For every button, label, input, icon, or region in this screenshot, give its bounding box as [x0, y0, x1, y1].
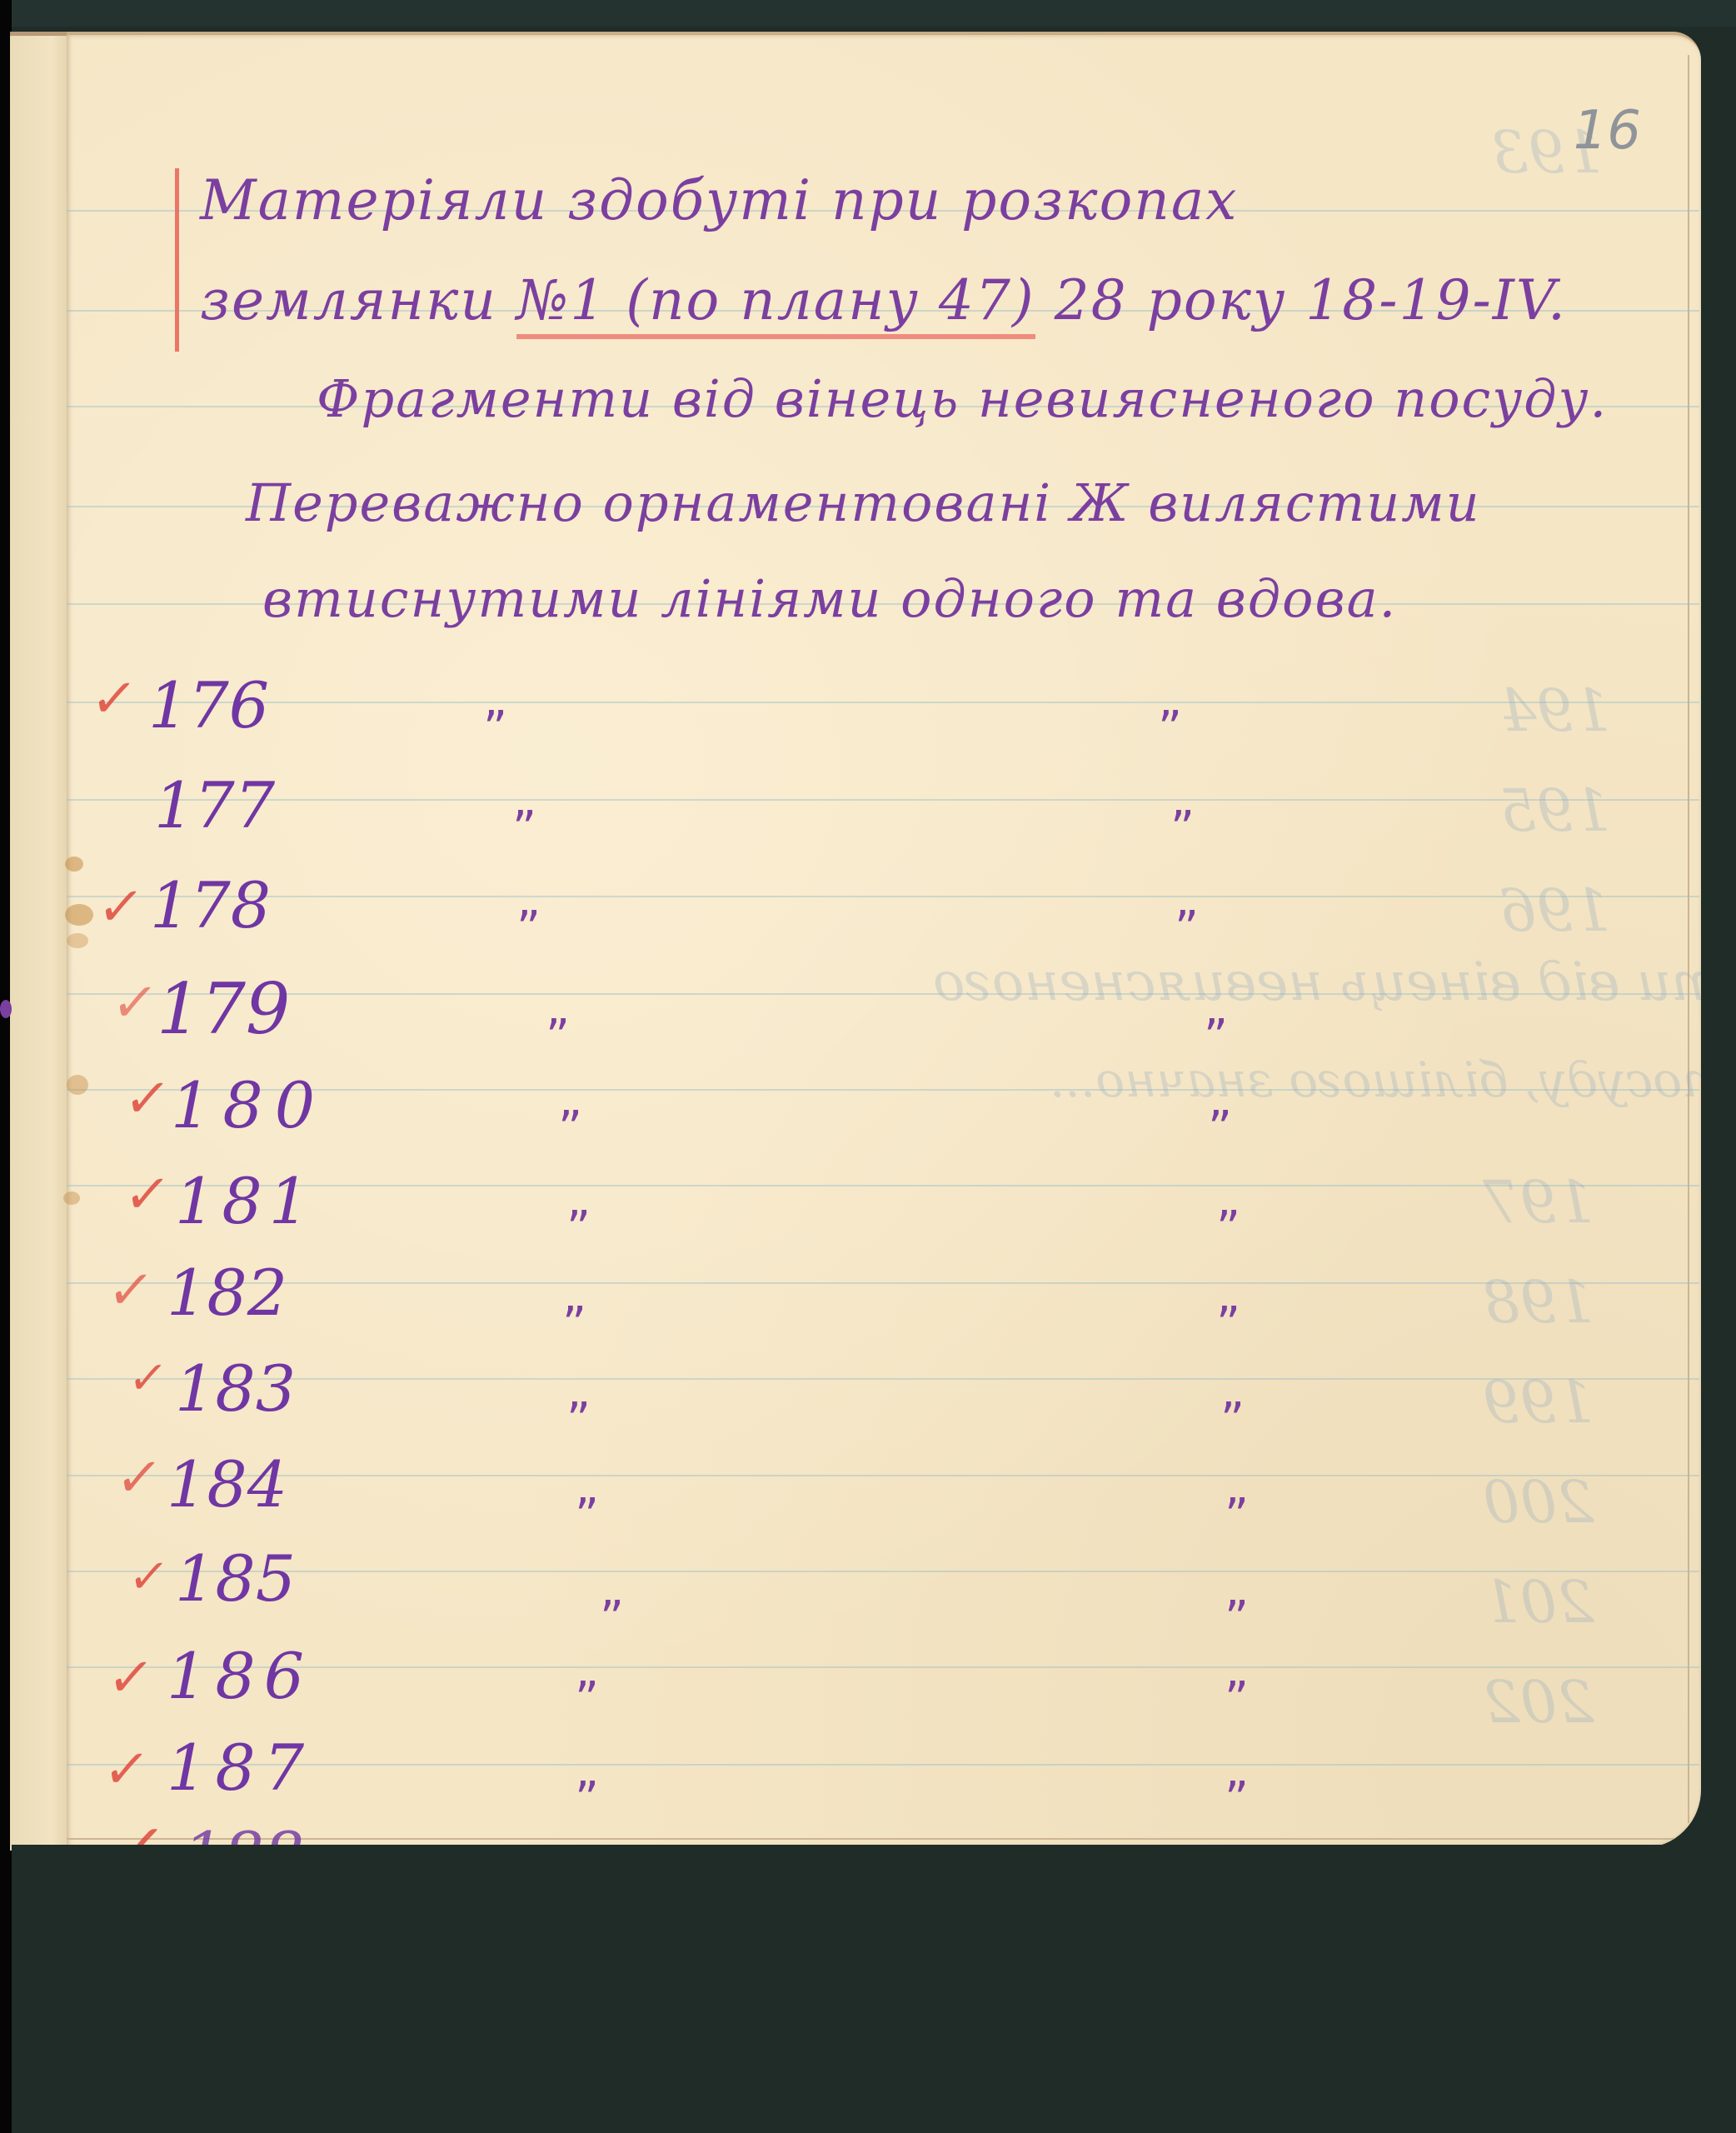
entry-number: 176: [148, 668, 269, 742]
entry-number: 185: [175, 1541, 296, 1616]
list-item: ✓ 186 ” ”: [67, 1639, 1649, 1731]
list-item: ✓ 176 ” ”: [67, 668, 1649, 760]
ditto-mark: ”: [1204, 1010, 1228, 1064]
paper-stain: [65, 857, 83, 872]
list-item: ✓ 179 ” ”: [67, 968, 1649, 1060]
red-check-icon: ✓: [94, 877, 147, 938]
entry-number: 177: [154, 768, 275, 842]
red-check-icon: ✓: [126, 1351, 171, 1404]
list-item: ✓ 188 ” ”: [67, 1818, 1649, 1848]
page-edge-line: [1688, 55, 1689, 1823]
entry-number: 186: [167, 1639, 312, 1713]
red-check-icon: ✓: [121, 1164, 174, 1226]
entry-number: 179: [157, 968, 290, 1050]
red-check-icon: ✓: [104, 1647, 157, 1709]
ditto-mark: ”: [562, 1297, 586, 1351]
list-item: ✓ 182 ” ”: [67, 1256, 1649, 1347]
description-line-2: Переважно орнаментовані Ж вилястими: [246, 472, 1481, 533]
ditto-mark: ”: [1158, 702, 1182, 756]
ditto-mark: ”: [1216, 1297, 1240, 1351]
list-item: ✓ 180 ” ”: [67, 1068, 1649, 1160]
entry-number: 188: [183, 1818, 304, 1848]
ditto-mark: ”: [558, 1101, 582, 1156]
red-check-icon: ✓: [125, 1550, 172, 1604]
ditto-mark: ”: [566, 1393, 591, 1447]
entry-number: 182: [167, 1256, 287, 1330]
ditto-mark: ”: [512, 802, 536, 856]
heading-line-2: землянки №1 (по плану 47) 28 року 18-19-…: [200, 268, 1567, 332]
ditto-mark: ”: [575, 1489, 599, 1543]
entry-number: 180: [171, 1068, 327, 1142]
ditto-mark: ”: [575, 1672, 599, 1726]
description-line-3: втиснутими лініями одного та вдова.: [262, 568, 1397, 629]
red-margin-mark: [175, 168, 179, 352]
entry-number: 183: [175, 1351, 296, 1426]
list-item: ✓ 185 ” ”: [67, 1541, 1649, 1633]
ditto-mark: ”: [1225, 1672, 1249, 1726]
entry-number: 178: [150, 868, 271, 942]
entry-number: 181: [175, 1164, 316, 1238]
ditto-mark: ”: [1175, 902, 1199, 956]
list-item: ✓ 187 ” ”: [67, 1731, 1649, 1822]
ditto-mark: ”: [1208, 1101, 1232, 1156]
ink-mark: [0, 1000, 12, 1018]
list-item: ✓ 183 ” ”: [67, 1351, 1649, 1443]
entry-number: 187: [167, 1731, 312, 1805]
list-item: 177 ” ”: [67, 768, 1649, 860]
red-check-icon: ✓: [104, 1260, 157, 1321]
red-check-icon: ✓: [112, 1447, 166, 1509]
heading-line-1: Матеріяли здобуті при розкопах: [200, 168, 1238, 232]
red-check-icon: ✓: [87, 668, 141, 730]
ditto-mark: ”: [1225, 1489, 1249, 1543]
red-check-icon: ✓: [107, 1810, 171, 1848]
heading-line-2-suffix: 28 року 18-19-IV.: [1035, 268, 1567, 332]
list-item: ✓ 184 ” ”: [67, 1447, 1649, 1539]
red-check-icon: ✓: [108, 972, 162, 1034]
ditto-mark: ”: [483, 702, 507, 756]
ditto-mark: ”: [1170, 802, 1195, 856]
paper-stain: [67, 1075, 88, 1095]
paper-stain: [65, 904, 93, 926]
page-number: 16: [1574, 100, 1641, 162]
notebook-cover-bottom: [12, 1845, 1736, 2133]
red-check-icon: ✓: [100, 1739, 153, 1801]
heading-underlined-plan-ref: №1 (по плану 47): [516, 268, 1035, 339]
ditto-mark: ”: [1225, 1591, 1249, 1646]
description-line-1: Фрагменти від вінець невиясненого посуду…: [317, 368, 1608, 429]
ditto-mark: ”: [1216, 1201, 1240, 1256]
notebook-cover-top: [12, 0, 1736, 27]
list-item: ✓ 181 ” ”: [67, 1164, 1649, 1256]
ditto-mark: ”: [516, 902, 541, 956]
entry-number: 184: [167, 1447, 287, 1521]
previous-page-strip: [10, 32, 70, 1851]
red-check-icon: ✓: [121, 1068, 174, 1130]
ditto-mark: ”: [1220, 1393, 1245, 1447]
list-item: ✓ 178 ” ”: [67, 868, 1649, 960]
notebook-page: Фрагменти від вінець невиясненого посуду…: [67, 32, 1701, 1848]
ditto-mark: ”: [566, 1201, 591, 1256]
heading-line-2-prefix: землянки: [200, 268, 516, 332]
paper-stain: [63, 1191, 80, 1205]
ditto-mark: ”: [600, 1591, 624, 1646]
ditto-mark: ”: [546, 1010, 570, 1064]
paper-stain: [67, 933, 88, 948]
